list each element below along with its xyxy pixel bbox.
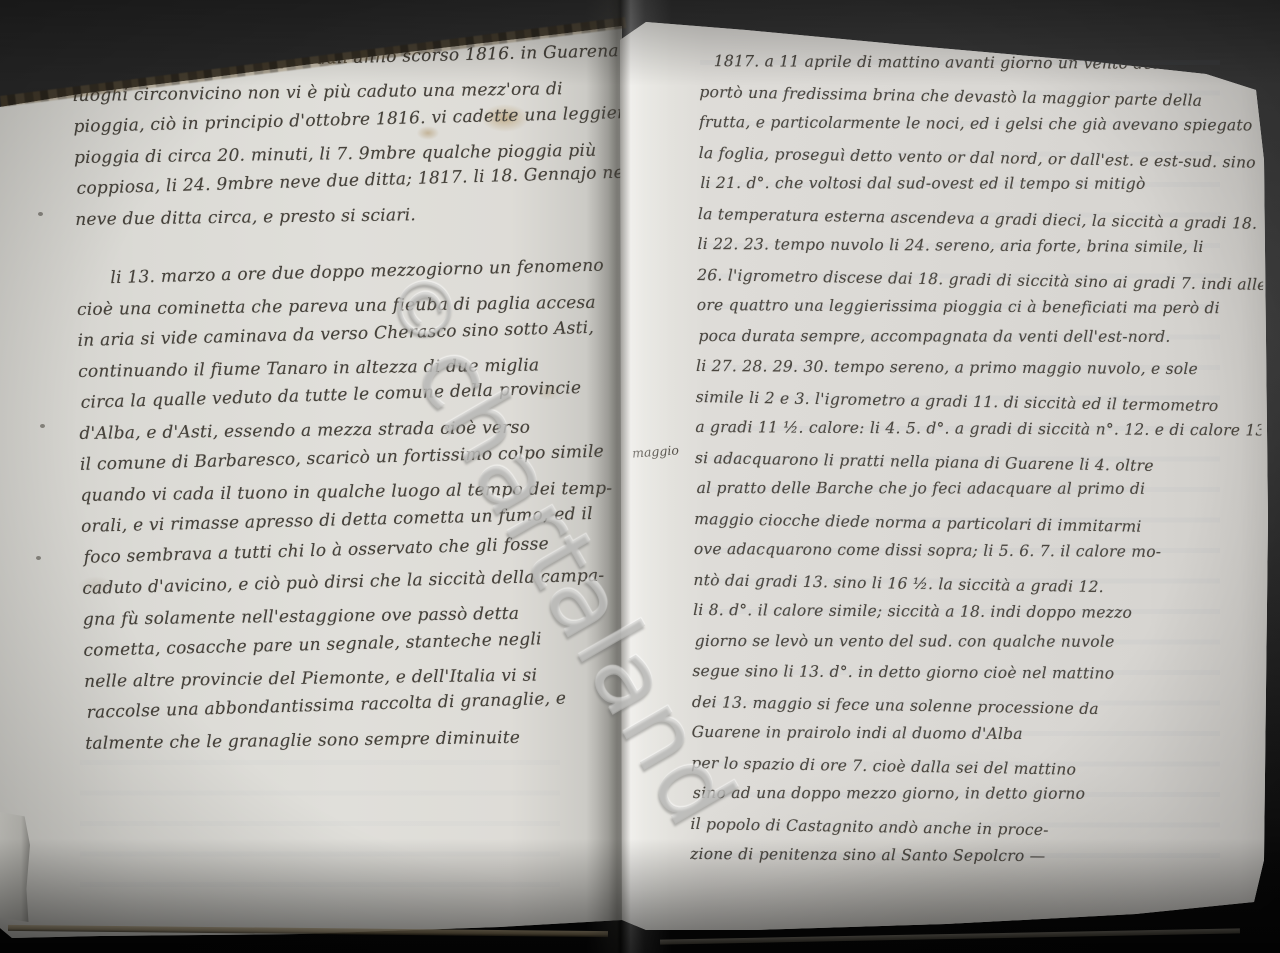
right-page-text: 1817. a 11 aprile di mattino avanti gior… bbox=[690, 46, 1266, 893]
manuscript-line: a gradi 11 ½. calore: li 4. 5. d°. a gra… bbox=[695, 412, 1261, 446]
manuscript-line: segue sino li 13. d°. in detto giorno ci… bbox=[692, 656, 1258, 690]
manuscript-photo: 1817. Doppo il mese di luglio dall'anno … bbox=[0, 0, 1280, 953]
manuscript-line: zione di penitenza sino al Santo Sepolcr… bbox=[690, 839, 1256, 873]
manuscript-line: Guarene in prairolo indi al duomo d'Alba bbox=[692, 717, 1258, 751]
manuscript-line: poca durata sempre, accompagnata da vent… bbox=[698, 320, 1264, 351]
left-paragraph-1: Doppo il mese di luglio dall'anno scorso… bbox=[72, 39, 623, 235]
left-page-text: Doppo il mese di luglio dall'anno scorso… bbox=[72, 39, 634, 779]
right-page: maggio 1817. a 11 aprile di mattino avan… bbox=[616, 0, 1280, 953]
margin-ink-dot bbox=[36, 556, 41, 560]
year-margin-annotation: 1817. bbox=[53, 39, 98, 63]
manuscript-line: li 21. d°. che voltosi dal sud-ovest ed … bbox=[700, 168, 1266, 199]
manuscript-line: frutta, e particolarmente le noci, ed i … bbox=[699, 107, 1265, 141]
manuscript-line: talmente che le granaglie sono sempre di… bbox=[85, 721, 633, 760]
page-stack-edge-left bbox=[0, 812, 30, 922]
manuscript-line: li 8. d°. il calore simile; siccità a 18… bbox=[693, 595, 1259, 629]
manuscript-line: al pratto delle Barche che jo feci adacq… bbox=[697, 473, 1263, 504]
manuscript-line: 1817. a 11 aprile di mattino avanti gior… bbox=[700, 46, 1266, 80]
manuscript-line: ove adacquarono come dissi sopra; li 5. … bbox=[694, 534, 1260, 568]
left-paragraph-2: li 13. marzo a ore due doppo mezzogiorno… bbox=[76, 253, 633, 759]
margin-ink-dot bbox=[38, 212, 43, 216]
manuscript-line: neve due ditta circa, e presto si sciari… bbox=[75, 197, 623, 236]
left-page: 1817. Doppo il mese di luglio dall'anno … bbox=[0, 0, 622, 953]
manuscript-line: ore quattro una leggierissima pioggia ci… bbox=[697, 290, 1263, 324]
manuscript-line: li 22. 23. tempo nuvolo li 24. sereno, a… bbox=[697, 229, 1263, 263]
page-stack-edge-bottom-right bbox=[660, 928, 1240, 944]
maggio-margin-annotation: maggio bbox=[632, 442, 680, 460]
right-paragraph: 1817. a 11 aprile di mattino avanti gior… bbox=[690, 46, 1266, 876]
manuscript-line: sino ad una doppo mezzo giorno, in detto… bbox=[693, 778, 1259, 809]
margin-ink-dot bbox=[40, 424, 45, 428]
manuscript-line: li 27. 28. 29. 30. tempo sereno, a primo… bbox=[696, 351, 1262, 385]
manuscript-line: giorno se levò un vento del sud. con qua… bbox=[695, 625, 1261, 656]
